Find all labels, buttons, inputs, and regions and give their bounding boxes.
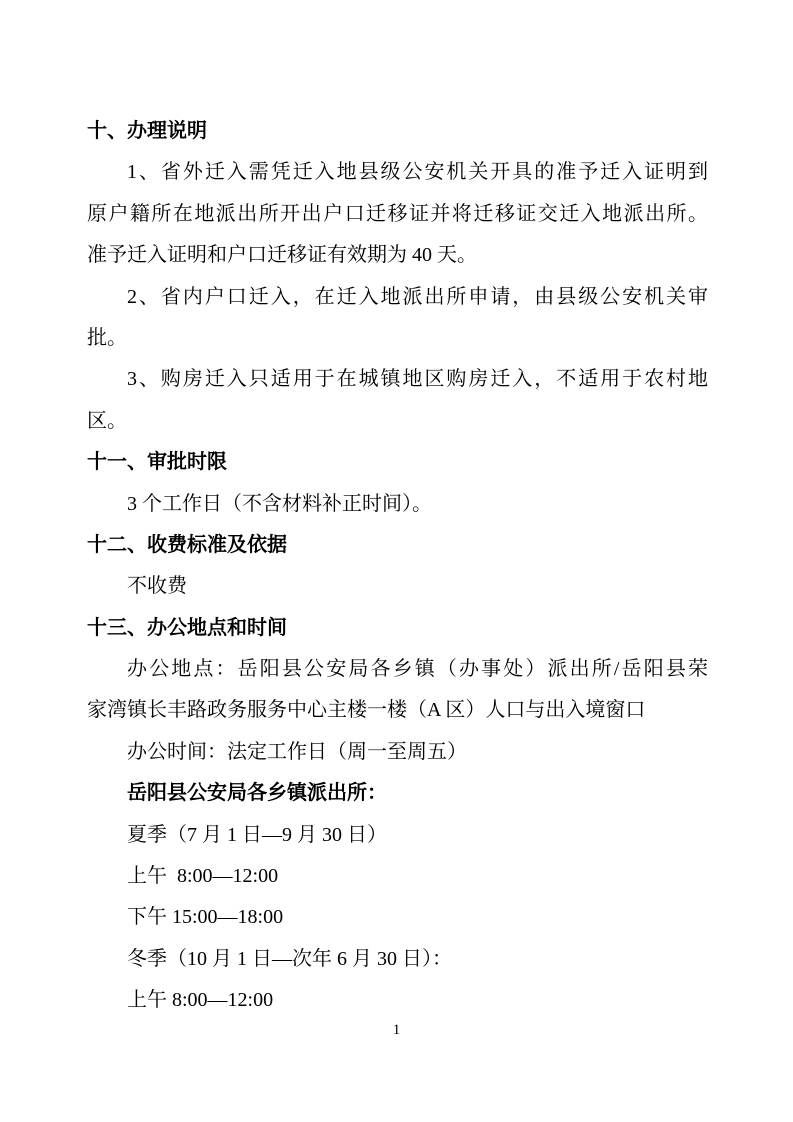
winter-morning-hours: 上午 8:00—12:00 [87, 980, 708, 1021]
summer-afternoon-hours: 下午 15:00—18:00 [87, 897, 708, 938]
section-heading-10: 十、办理说明 [87, 111, 708, 152]
police-stations-subheading: 岳阳县公安局各乡镇派出所： [87, 773, 708, 814]
section-heading-12: 十二、收费标准及依据 [87, 525, 708, 566]
para-2-line-1: 2、省内户口迁入，在迁入地派出所申请，由县级公安机关审 [87, 277, 708, 318]
document-body: 十、办理说明 1、省外迁入需凭迁入地县级公安机关开具的准予迁入证明到 原户籍所在… [87, 111, 708, 1022]
para-1-line-2: 原户籍所在地派出所开出户口迁移证并将迁移证交迁入地派出所。 [87, 194, 708, 235]
office-location-line-1: 办公地点：岳阳县公安局各乡镇（办事处）派出所/岳阳县荣 [87, 649, 708, 690]
office-location-line-2: 家湾镇长丰路政务服务中心主楼一楼（A 区）人口与出入境窗口 [87, 690, 708, 731]
section-heading-13: 十三、办公地点和时间 [87, 608, 708, 649]
para-1-line-3: 准予迁入证明和户口迁移证有效期为 40 天。 [87, 235, 708, 276]
summer-schedule-label: 夏季（7 月 1 日—9 月 30 日） [87, 815, 708, 856]
para-3-line-1: 3、购房迁入只适用于在城镇地区购房迁入，不适用于农村地 [87, 359, 708, 400]
office-hours-text: 办公时间：法定工作日（周一至周五） [87, 732, 708, 773]
section-heading-11: 十一、审批时限 [87, 442, 708, 483]
page-number: 1 [0, 1020, 793, 1040]
para-3-line-2: 区。 [87, 401, 708, 442]
para-2-line-2: 批。 [87, 318, 708, 359]
winter-schedule-label: 冬季（10 月 1 日—次年 6 月 30 日）： [87, 939, 708, 980]
approval-time-limit-text: 3 个工作日（不含材料补正时间）。 [87, 484, 708, 525]
document-page: 十、办理说明 1、省外迁入需凭迁入地县级公安机关开具的准予迁入证明到 原户籍所在… [0, 0, 793, 1122]
para-1-line-1: 1、省外迁入需凭迁入地县级公安机关开具的准予迁入证明到 [87, 152, 708, 193]
fee-standard-text: 不收费 [87, 566, 708, 607]
summer-morning-hours: 上午 8:00—12:00 [87, 856, 708, 897]
